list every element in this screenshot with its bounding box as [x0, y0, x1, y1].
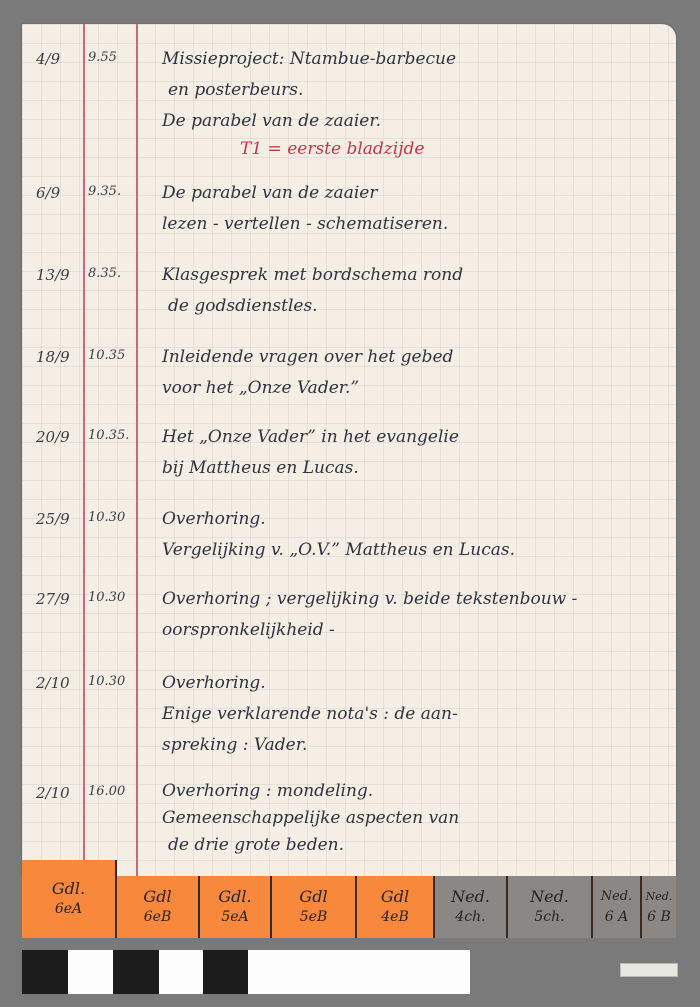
tab-gdl-5ea[interactable]: Gdl. 5eA	[200, 876, 272, 938]
entry-content: Overhoring. Vergelijking v. „O.V.” Matth…	[162, 504, 652, 566]
tab-subject: Ned.	[646, 887, 673, 907]
color-calibration-bar	[22, 950, 470, 994]
entry-content: Overhoring : mondeling. Gemeenschappelij…	[162, 778, 652, 859]
entry-content: Klasgesprek met bordschema rond de godsd…	[162, 260, 652, 322]
entry-date: 25/9	[36, 510, 82, 528]
entry-line: voor het „Onze Vader.”	[162, 373, 652, 404]
entry-line: De parabel van de zaaier	[162, 178, 652, 209]
calibration-black-patch	[203, 950, 248, 994]
tab-ned-6a[interactable]: Ned. 6 A	[593, 876, 642, 938]
entry-time: 10.35.	[88, 428, 136, 443]
entry-line: de drie grote beden.	[162, 832, 652, 859]
tab-gdl-4eb[interactable]: Gdl 4eB	[357, 876, 435, 938]
entry-content: Het „Onze Vader” in het evangelie bij Ma…	[162, 422, 652, 484]
entry-time: 10.30	[88, 510, 136, 525]
tab-subject: Ned.	[451, 887, 490, 907]
tab-ned-6b[interactable]: Ned. 6 B	[642, 876, 676, 938]
tab-subject: Gdl	[381, 887, 409, 907]
entry-line: Inleidende vragen over het gebed	[162, 342, 652, 373]
entry-date: 18/9	[36, 348, 82, 366]
archive-id-label	[620, 963, 678, 977]
entry-line: lezen - vertellen - schematiseren.	[162, 209, 652, 240]
entry-line: Het „Onze Vader” in het evangelie	[162, 422, 652, 453]
entry-time: 10.30	[88, 590, 136, 605]
entry-line: Gemeenschappelijke aspecten van	[162, 805, 652, 832]
entry-line: Overhoring.	[162, 668, 652, 699]
tab-subject: Ned.	[530, 887, 569, 907]
calibration-black-patch	[113, 950, 159, 994]
entry-content: Missieproject: Ntambue-barbecue en poste…	[162, 44, 652, 161]
entry-line: bij Mattheus en Lucas.	[162, 453, 652, 484]
entry-line: Vergelijking v. „O.V.” Mattheus en Lucas…	[162, 535, 652, 566]
entry-line: Enige verklarende nota's : de aan-	[162, 699, 652, 730]
entry-line: Overhoring ; vergelijking v. beide tekst…	[162, 584, 652, 615]
calibration-black-patch	[22, 950, 68, 994]
tab-class: 5ch.	[534, 907, 564, 927]
entry-date: 6/9	[36, 184, 82, 202]
entry-time: 16.00	[88, 784, 136, 799]
entry-line: Klasgesprek met bordschema rond	[162, 260, 652, 291]
entry-date: 2/10	[36, 784, 82, 802]
tab-subject: Gdl.	[218, 887, 251, 907]
index-tabs: Gdl. 6eA Gdl 6eB Gdl. 5eA Gdl 5eB Gdl 4e…	[22, 860, 676, 938]
tab-class: 6eB	[144, 907, 171, 927]
entry-line: Missieproject: Ntambue-barbecue	[162, 44, 652, 75]
tab-subject: Gdl	[299, 887, 327, 907]
entry-time: 9.35.	[88, 184, 136, 199]
tab-class: 4ch.	[455, 907, 485, 927]
entry-line: spreking : Vader.	[162, 730, 652, 761]
time-margin-line	[136, 24, 138, 876]
entry-line: oorspronkelijkheid -	[162, 615, 652, 646]
entry-time: 8.35.	[88, 266, 136, 281]
tab-subject: Gdl	[143, 887, 171, 907]
tab-gdl-6ea[interactable]: Gdl. 6eA	[22, 860, 117, 938]
entry-date: 20/9	[36, 428, 82, 446]
tab-class: 4eB	[381, 907, 408, 927]
entry-line: Overhoring.	[162, 504, 652, 535]
entry-content: De parabel van de zaaier lezen - vertell…	[162, 178, 652, 240]
tab-subject: Gdl.	[52, 879, 85, 899]
tab-class: 5eB	[300, 907, 327, 927]
entry-date: 4/9	[36, 50, 82, 68]
entry-line: de godsdienstles.	[162, 291, 652, 322]
calibration-white-patch	[68, 950, 113, 994]
tab-class: 5eA	[221, 907, 248, 927]
red-ink-note: T1 = eerste bladzijde	[162, 137, 652, 161]
entry-content: Inleidende vragen over het gebed voor he…	[162, 342, 652, 404]
tab-class: 6eA	[55, 899, 82, 919]
tab-gdl-5eb[interactable]: Gdl 5eB	[272, 876, 357, 938]
entry-content: Overhoring ; vergelijking v. beide tekst…	[162, 584, 652, 646]
notebook-page: 4/9 9.55 Missieproject: Ntambue-barbecue…	[22, 24, 676, 876]
calibration-white-patch	[248, 950, 470, 994]
entry-content: Overhoring. Enige verklarende nota's : d…	[162, 668, 652, 761]
entry-date: 13/9	[36, 266, 82, 284]
date-margin-line	[83, 24, 85, 876]
entry-time: 9.55	[88, 50, 136, 65]
entry-date: 2/10	[36, 674, 82, 692]
tab-gdl-6eb[interactable]: Gdl 6eB	[117, 876, 200, 938]
tab-class: 6 A	[605, 907, 628, 927]
entry-line: Overhoring : mondeling.	[162, 778, 652, 805]
tab-ned-5ch[interactable]: Ned. 5ch.	[508, 876, 593, 938]
entry-date: 27/9	[36, 590, 82, 608]
entry-line: en posterbeurs.	[162, 75, 652, 106]
tab-ned-4ch[interactable]: Ned. 4ch.	[435, 876, 508, 938]
tab-subject: Ned.	[601, 887, 633, 907]
tab-class: 6 B	[647, 907, 671, 927]
entry-time: 10.35	[88, 348, 136, 363]
entry-time: 10.30	[88, 674, 136, 689]
entry-line: De parabel van de zaaier.	[162, 106, 652, 137]
calibration-white-patch	[159, 950, 203, 994]
